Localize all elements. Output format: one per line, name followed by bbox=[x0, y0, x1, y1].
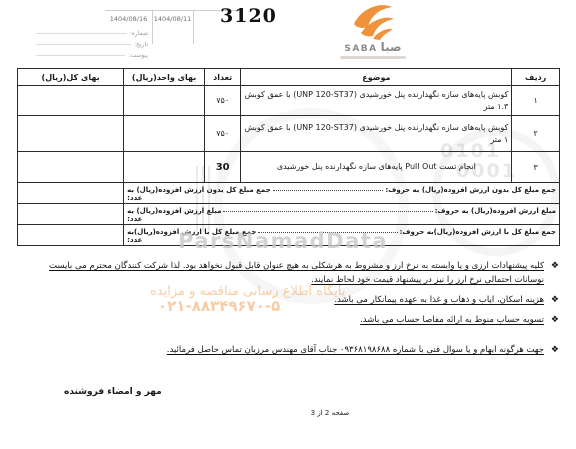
row-unit-price bbox=[124, 152, 205, 183]
diamond-bullet-icon: ❖ bbox=[551, 343, 559, 358]
row-unit-price bbox=[124, 86, 205, 116]
row-number: ۱ bbox=[512, 86, 560, 116]
summary-amount-cell bbox=[18, 225, 124, 246]
summary-words-label: جمع مبلغ کل بدون ارزش افزوده(ریال) به حر… bbox=[385, 184, 556, 194]
ref-attachment-line bbox=[36, 55, 125, 56]
row-total-price bbox=[18, 116, 124, 152]
summary-words-label: جمع مبلغ کل با ارزش افزوده(ریال)به حروف: bbox=[400, 226, 556, 236]
page-number: صفحه 2 از 3 bbox=[298, 409, 362, 417]
stamp-date-1: 1404/08/16 bbox=[106, 15, 151, 23]
note-accommodation: ❖ هزینه اسکان، ایاب و ذهاب و غذا به عهده… bbox=[17, 293, 559, 307]
summary-row-total-without-vat: جمع مبلغ کل بدون ارزش افزوده(ریال) به حر… bbox=[18, 183, 560, 204]
summary-digits-l1: جمع مبلغ کل بدون ارزش افزوده(ریال) به bbox=[127, 186, 270, 194]
row-qty: ۷۵۰ bbox=[205, 86, 241, 116]
summary-digits-l1: جمع مبلغ کل با ارزش افزوده(ریال)به bbox=[127, 228, 256, 236]
summary-digits-l2: عدد: bbox=[127, 194, 270, 202]
row-total-price bbox=[18, 152, 124, 183]
ref-date-label: تاریخ: bbox=[134, 41, 148, 48]
row-unit-price bbox=[124, 116, 205, 152]
table-header-row: ردیف موضوع تعداد بهای واحد(ریال) بهای کل… bbox=[18, 69, 560, 86]
ref-number-label: شماره: bbox=[130, 30, 148, 37]
document-page: 0101 0001 شماره: تاریخ: پیوست: 1404/08/1… bbox=[0, 0, 576, 449]
header-total-price-col: بهای کل(ریال) bbox=[18, 69, 124, 86]
logo-persian-text: صبا bbox=[381, 40, 402, 54]
ref-date-line bbox=[36, 44, 131, 45]
header-subject-col: موضوع bbox=[241, 69, 512, 86]
summary-digits-l1: مبلغ ارزش افزوده(ریال) به bbox=[127, 207, 221, 215]
header-qty-col: تعداد bbox=[205, 69, 241, 86]
company-logo: SABA صبا bbox=[334, 2, 412, 59]
row-qty: ۷۵۰ bbox=[205, 116, 241, 152]
summary-digits-label: جمع مبلغ کل با ارزش افزوده(ریال)به عدد: bbox=[127, 226, 256, 244]
summary-digits-label: جمع مبلغ کل بدون ارزش افزوده(ریال) به عد… bbox=[127, 184, 270, 202]
ref-number-line bbox=[36, 33, 127, 34]
conditions-list: ❖ کلیه پیشنهادات ارزی و یا وابسته به نرخ… bbox=[17, 259, 559, 363]
row-subject: کوبش پایه‌های سازه نگهدارنده پنل خورشیدی… bbox=[241, 86, 512, 116]
summary-digits-l2: عدد: bbox=[127, 215, 221, 223]
summary-row-total-with-vat: جمع مبلغ کل با ارزش افزوده(ریال)به حروف:… bbox=[18, 225, 560, 246]
row-subject: کوبش پایه‌های سازه نگهدارنده پنل خورشیدی… bbox=[241, 116, 512, 152]
saba-swirl-icon bbox=[349, 2, 397, 40]
summary-amount-cell bbox=[18, 183, 124, 204]
header-row-col: ردیف bbox=[512, 69, 560, 86]
summary-digits-l2: عدد: bbox=[127, 236, 256, 244]
ref-attachment-label: پیوست: bbox=[128, 52, 148, 59]
summary-cell: جمع مبلغ کل بدون ارزش افزوده(ریال) به حر… bbox=[124, 183, 560, 204]
stamp-date-2: 1404/08/11 bbox=[153, 15, 192, 23]
row-total-price bbox=[18, 86, 124, 116]
row-subject: انجام تست Pull Out پایه‌های سازه نگهدارن… bbox=[241, 152, 512, 183]
note-settlement: ❖ تسویه حساب منوط به ارائه مفاصا حساب می… bbox=[17, 313, 559, 327]
summary-amount-cell bbox=[18, 204, 124, 225]
row-qty: 30 bbox=[205, 152, 241, 183]
note-text: تسویه حساب منوط به ارائه مفاصا حساب می ب… bbox=[360, 315, 544, 325]
table-row: ۳ انجام تست Pull Out پایه‌های سازه نگهدا… bbox=[18, 152, 560, 183]
ref-row-date: تاریخ: bbox=[36, 39, 148, 50]
items-table: ردیف موضوع تعداد بهای واحد(ریال) بهای کل… bbox=[17, 68, 560, 246]
diamond-bullet-icon: ❖ bbox=[551, 259, 559, 274]
reference-fields: شماره: تاریخ: پیوست: bbox=[36, 28, 148, 61]
table-row: ۲ کوبش پایه‌های سازه نگهدارنده پنل خورشی… bbox=[18, 116, 560, 152]
seller-seal-signature-label: مهر و امضاء فروشنده bbox=[64, 387, 162, 397]
row-number: ۳ bbox=[512, 152, 560, 183]
ref-row-attachment: پیوست: bbox=[36, 50, 148, 61]
header-unit-price-col: بهای واحد(ریال) bbox=[124, 69, 205, 86]
diamond-bullet-icon: ❖ bbox=[551, 293, 559, 308]
ref-row-number: شماره: bbox=[36, 28, 148, 39]
note-text: هزینه اسکان، ایاب و ذهاب و غذا به عهده پ… bbox=[334, 295, 544, 305]
summary-words-label: مبلغ ارزش افزوده(ریال) به حروف: bbox=[435, 205, 556, 215]
stamp-box-divider bbox=[193, 10, 194, 44]
row-number: ۲ bbox=[512, 116, 560, 152]
document-number: 3120 bbox=[220, 5, 276, 27]
summary-digits-label: مبلغ ارزش افزوده(ریال) به عدد: bbox=[127, 205, 221, 223]
note-text: جهت هرگونه ابهام و یا سوال فنی با شماره … bbox=[167, 345, 544, 355]
diamond-bullet-icon: ❖ bbox=[551, 313, 559, 328]
summary-cell: جمع مبلغ کل با ارزش افزوده(ریال)به حروف:… bbox=[124, 225, 560, 246]
note-currency-condition: ❖ کلیه پیشنهادات ارزی و یا وابسته به نرخ… bbox=[17, 259, 559, 287]
note-contact: ❖ جهت هرگونه ابهام و یا سوال فنی با شمار… bbox=[17, 343, 559, 357]
summary-row-vat: مبلغ ارزش افزوده(ریال) به حروف: مبلغ ارز… bbox=[18, 204, 560, 225]
logo-tagline bbox=[340, 56, 406, 59]
dotted-leader bbox=[273, 184, 384, 191]
logo-wordmark: SABA صبا bbox=[334, 40, 412, 54]
dotted-leader bbox=[258, 226, 397, 233]
summary-cell: مبلغ ارزش افزوده(ریال) به حروف: مبلغ ارز… bbox=[124, 204, 560, 225]
table-row: ۱ کوبش پایه‌های سازه نگهدارنده پنل خورشی… bbox=[18, 86, 560, 116]
note-text: کلیه پیشنهادات ارزی و یا وابسته به نرخ ا… bbox=[49, 261, 544, 285]
dotted-leader bbox=[223, 205, 432, 212]
logo-latin-text: SABA bbox=[344, 44, 377, 54]
